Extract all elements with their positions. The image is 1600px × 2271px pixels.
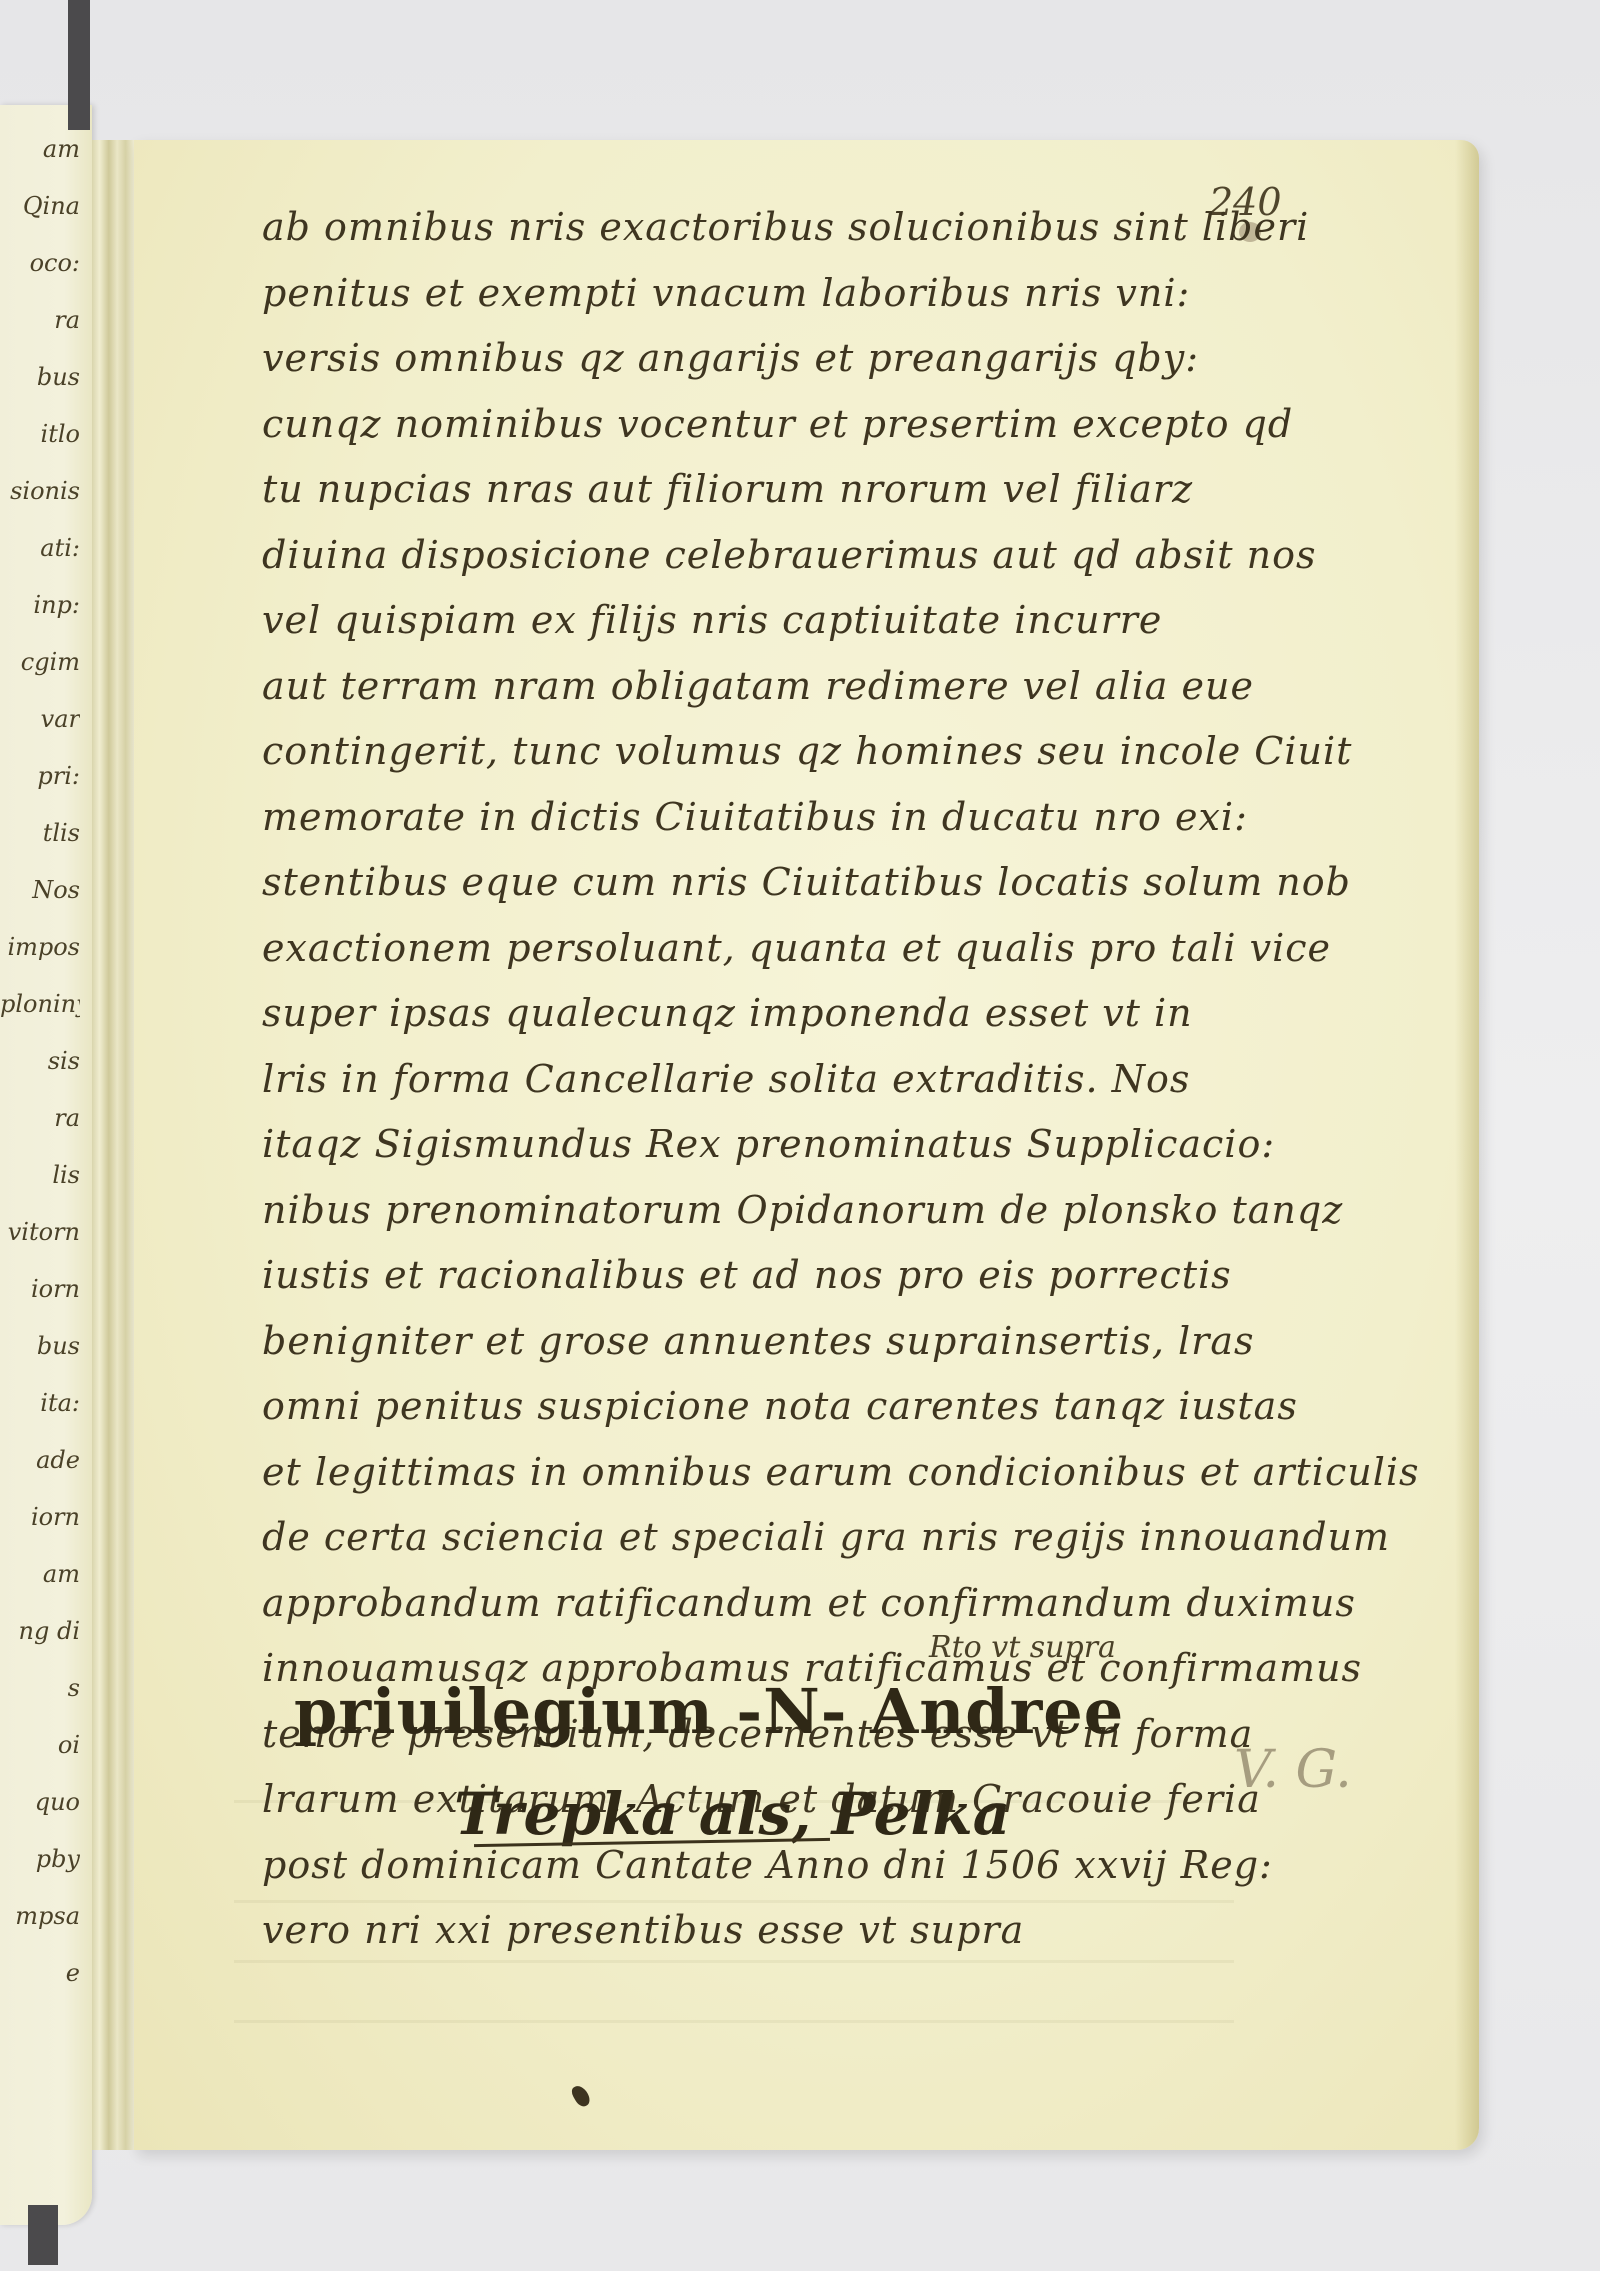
heading-name-text: Trepka als, Pelka [454,1780,1010,1848]
left-page-fragment: ng di [0,1617,80,1645]
manuscript-line: super ipsas qualecunqz imponenda esset v… [262,981,1322,1047]
left-page-fragment: tlis [0,819,80,847]
left-page-fragment: ati: [0,534,80,562]
left-page-fragment: bus [0,363,80,391]
left-page-fragment: sis [0,1047,80,1075]
left-page-fragment: ita: [0,1389,80,1417]
left-page-fragment: ra [0,1104,80,1132]
left-page-fragment: ra [0,306,80,334]
left-page-fragment: cgim [0,648,80,676]
manuscript-line: et legittimas in omnibus earum condicion… [262,1440,1322,1506]
left-page-fragment: quo [0,1788,80,1816]
manuscript-line: exactionem persoluant, quanta et qualis … [262,916,1322,982]
heading-privilege: priuilegium -N- Andree [294,1675,1124,1748]
left-page-fragment: mpsa [0,1902,80,1930]
manuscript-line: vel quispiam ex filijs nris captiuitate … [262,588,1322,654]
left-page-fragment: iorn [0,1503,80,1531]
manuscript-line: vero nri xxi presentibus esse vt supra [262,1898,1322,1964]
manuscript-line: penitus et exempti vnacum laboribus nris… [262,261,1322,327]
left-page-fragment: pby [0,1845,80,1873]
manuscript-line: lris in forma Cancellarie solita extradi… [262,1047,1322,1113]
left-page-fragment: sionis [0,477,80,505]
left-page-fragment: ade [0,1446,80,1474]
book-cover-edge-bottom [28,2205,58,2265]
manuscript-line: benigniter et grose annuentes suprainser… [262,1309,1322,1375]
left-page-fragment: pri: [0,762,80,790]
left-page-fragment: Qina [0,192,80,220]
marginal-annotation: Rto vt supra [929,1630,1116,1665]
left-page-fragment: e [0,1959,80,1987]
left-page-fragment: oi [0,1731,80,1759]
book-gutter [92,140,134,2150]
left-page-fragment: Nos [0,876,80,904]
manuscript-line: approbandum ratificandum et confirmandum… [262,1571,1322,1637]
manuscript-line: tu nupcias nras aut filiorum nrorum vel … [262,457,1322,523]
left-page-fragment: am [0,135,80,163]
left-page-fragment: var [0,705,80,733]
manuscript-line: iustis et racionalibus et ad nos pro eis… [262,1243,1322,1309]
ink-blot [569,2083,592,2109]
manuscript-line: memorate in dictis Ciuitatibus in ducatu… [262,785,1322,851]
left-page-fragment: s [0,1674,80,1702]
manuscript-line: nibus prenominatorum Opidanorum de plons… [262,1178,1322,1244]
manuscript-line: omni penitus suspicione nota carentes ta… [262,1374,1322,1440]
left-page-fragment: lis [0,1161,80,1189]
bleed-through-line [234,2020,1234,2023]
left-page-fragment: iorn [0,1275,80,1303]
manuscript-line: itaqz Sigismundus Rex prenominatus Suppl… [262,1112,1322,1178]
manuscript-line: versis omnibus qz angarijs et preangarij… [262,326,1322,392]
manuscript-line: stentibus eque cum nris Ciuitatibus loca… [262,850,1322,916]
manuscript-line: contingerit, tunc volumus qz homines seu… [262,719,1322,785]
left-page-fragment: oco: [0,249,80,277]
manuscript-line: diuina disposicione celebrauerimus aut q… [262,523,1322,589]
left-page-fragment: am [0,1560,80,1588]
manuscript-page: 240 ab omnibus nris exactoribus solucion… [134,140,1479,2150]
left-page-fragment: inp: [0,591,80,619]
heading-name: Trepka als, Pelka [454,1780,1010,1848]
left-page-fragment: impos [0,933,80,961]
manuscript-line: aut terram nram obligatam redimere vel a… [262,654,1322,720]
manuscript-line: de certa sciencia et speciali gra nris r… [262,1505,1322,1571]
left-page-fragment: bus [0,1332,80,1360]
left-page-fragment: ploniny [0,990,80,1018]
margin-initials: V. G. [1234,1740,1352,1800]
left-page-sliver: amQinaoco:rabusitlosionisati:inp:cgimvar… [0,105,92,2225]
left-page-fragment: itlo [0,420,80,448]
manuscript-line: cunqz nominibus vocentur et presertim ex… [262,392,1322,458]
manuscript-line: ab omnibus nris exactoribus solucionibus… [262,195,1322,261]
book-cover-edge [68,0,90,130]
left-page-fragment: vitorn [0,1218,80,1246]
